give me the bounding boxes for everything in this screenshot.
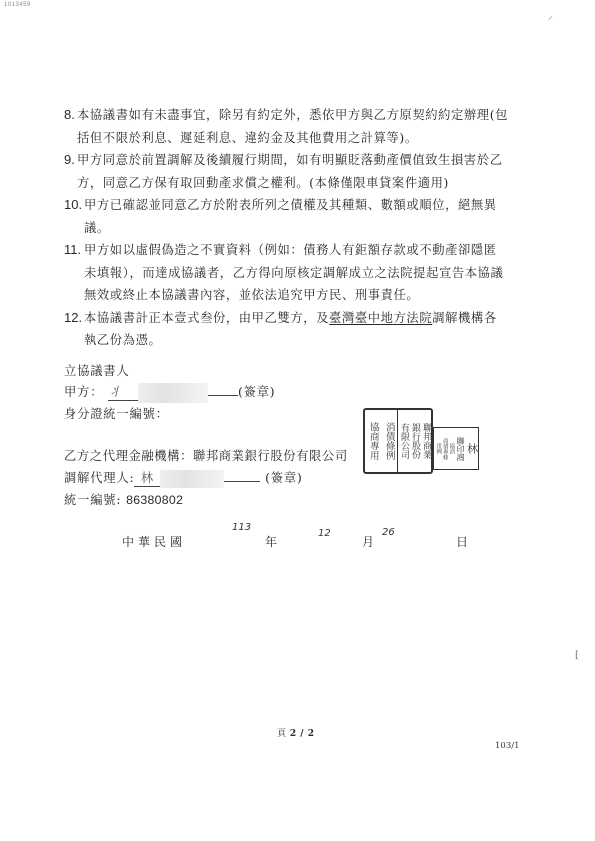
unified-number-label: 統一編號:	[64, 493, 121, 507]
signature-blank	[208, 395, 238, 396]
seal-column: 協消	[447, 428, 454, 469]
party-a-signature-line: 甲方： ⺦(簽章)	[64, 382, 384, 403]
seal-column: 林	[466, 428, 478, 469]
seal-column: 消債條例	[381, 410, 397, 472]
date-era-label: 中華民國	[122, 533, 186, 550]
clause-text: 本協議書計正本壹式叁份，由甲乙雙方，及	[84, 311, 329, 325]
agreement-clauses: 8. 本協議書如有未盡事宜，除另有約定外，悉依甲方與乙方原契約約定辦理(包 括但…	[64, 104, 534, 352]
party-a-label: 甲方：	[64, 385, 103, 399]
page-value: 2 / 2	[290, 729, 315, 739]
clause-12: 12. 本協議書計正本壹式叁份，由甲乙雙方，及臺灣臺中地方法院調解機構各 執乙份…	[64, 307, 534, 352]
unified-number-value: 86380802	[126, 493, 183, 507]
seal-column: 用例	[434, 428, 441, 469]
seal-column: 銀行股份	[409, 410, 420, 472]
document-id: 1013459	[4, 2, 31, 8]
clause-line: 括但不限於利息、遲延利息、違約金及其他費用之計算等)。	[77, 127, 534, 150]
party-b-agent-label: 乙方之代理金融機構：	[64, 449, 193, 463]
clause-line: 甲方同意於前置調解及後續履行期間，如有明顯貶落動產價值致生損害於乙	[77, 149, 534, 172]
clause-line: 方，同意乙方保有取回動產求償之權利。(本條僅限車貸案件適用)	[77, 172, 534, 195]
clause-line: 甲方如以虛假偽造之不實資料（例如：債務人有鉅額存款或不動產卻隱匿	[84, 239, 534, 262]
clause-8: 8. 本協議書如有未盡事宜，除另有約定外，悉依甲方與乙方原契約約定辦理(包 括但…	[64, 104, 534, 149]
form-code: 103/1	[495, 741, 520, 751]
mediator-agent-line: 調解代理人:林 (簽章)	[64, 468, 303, 488]
signature-blank	[224, 481, 260, 482]
party-b-agent-value: 聯邦商業銀行股份有限公司	[193, 449, 348, 463]
personal-seal-stamp: 用例 商債專條 協消 聯印鴻 林	[433, 427, 479, 470]
clause-line: 本協議書如有未盡事宜，除另有約定外，悉依甲方與乙方原契約約定辦理(包	[77, 104, 534, 127]
court-name: 臺灣臺中地方法院	[329, 311, 432, 325]
clause-line: 甲方已確認並同意乙方於附表所列之債權及其種類、數額或順位，絕無異	[84, 194, 534, 217]
mediator-label: 調解代理人:	[64, 471, 134, 485]
signatories-heading: 立協議書人	[64, 361, 130, 379]
unified-number-line: 統一編號: 86380802	[64, 490, 183, 508]
id-number-label: 身分證統一編號：	[64, 404, 169, 422]
page-label: 頁	[277, 729, 287, 739]
clause-line: 執乙份為憑。	[84, 329, 534, 352]
scan-mark-right-edge: ⁅	[575, 650, 579, 661]
seal-column: 商債專條	[441, 428, 448, 469]
date-month-label: 月	[362, 533, 378, 550]
seal-column: 協商專用	[365, 410, 381, 472]
party-a-signature: ⺦	[108, 382, 138, 401]
party-a-sign-note: (簽章)	[238, 385, 275, 399]
seal-column: 聯印鴻	[454, 428, 466, 469]
mediator-handwritten-sign: 林	[134, 468, 160, 487]
date-year-handwritten: 113	[232, 522, 251, 533]
page-number: 頁 2 / 2	[277, 726, 314, 739]
clause-10: 10. 甲方已確認並同意乙方於附表所列之債權及其種類、數額或順位，絕無異 議。	[64, 194, 534, 239]
redacted-name	[160, 470, 224, 488]
date-day-handwritten: 26	[382, 527, 395, 538]
seal-column: 聯邦商業	[420, 410, 431, 472]
date-month-handwritten: 12	[318, 528, 331, 539]
clause-number: 10.	[64, 194, 82, 217]
clause-text: 調解機構各	[432, 311, 497, 325]
clause-11: 11. 甲方如以虛假偽造之不實資料（例如：債務人有鉅額存款或不動產卻隱匿 未填報…	[64, 239, 534, 307]
clause-line: 無效或終止本協議書內容，並依法追究甲方民、刑事責任。	[84, 284, 534, 307]
clause-line: 議。	[84, 217, 534, 240]
clause-number: 12.	[64, 307, 82, 330]
clause-9: 9. 甲方同意於前置調解及後續履行期間，如有明顯貶落動產價值致生損害於乙 方，同…	[64, 149, 534, 194]
clause-line: 本協議書計正本壹式叁份，由甲乙雙方，及臺灣臺中地方法院調解機構各	[84, 307, 534, 330]
mediator-sign-note: (簽章)	[265, 471, 302, 485]
redacted-name	[138, 383, 208, 403]
clause-number: 11.	[64, 239, 81, 262]
date-year-label: 年	[265, 533, 281, 550]
date-day-label: 日	[456, 533, 472, 550]
scan-mark-top-right: ⸝	[548, 8, 553, 22]
party-b-agent-line: 乙方之代理金融機構：聯邦商業銀行股份有限公司	[64, 446, 348, 464]
bank-seal-stamp: 協商專用 消債條例 有限公司 銀行股份 聯邦商業	[363, 408, 433, 474]
clause-number: 8.	[64, 104, 75, 127]
clause-number: 9.	[64, 149, 75, 172]
clause-line: 未填報），而達成協議者，乙方得向原核定調解成立之法院提起宣告本協議	[84, 262, 534, 285]
seal-column: 有限公司	[398, 410, 409, 472]
